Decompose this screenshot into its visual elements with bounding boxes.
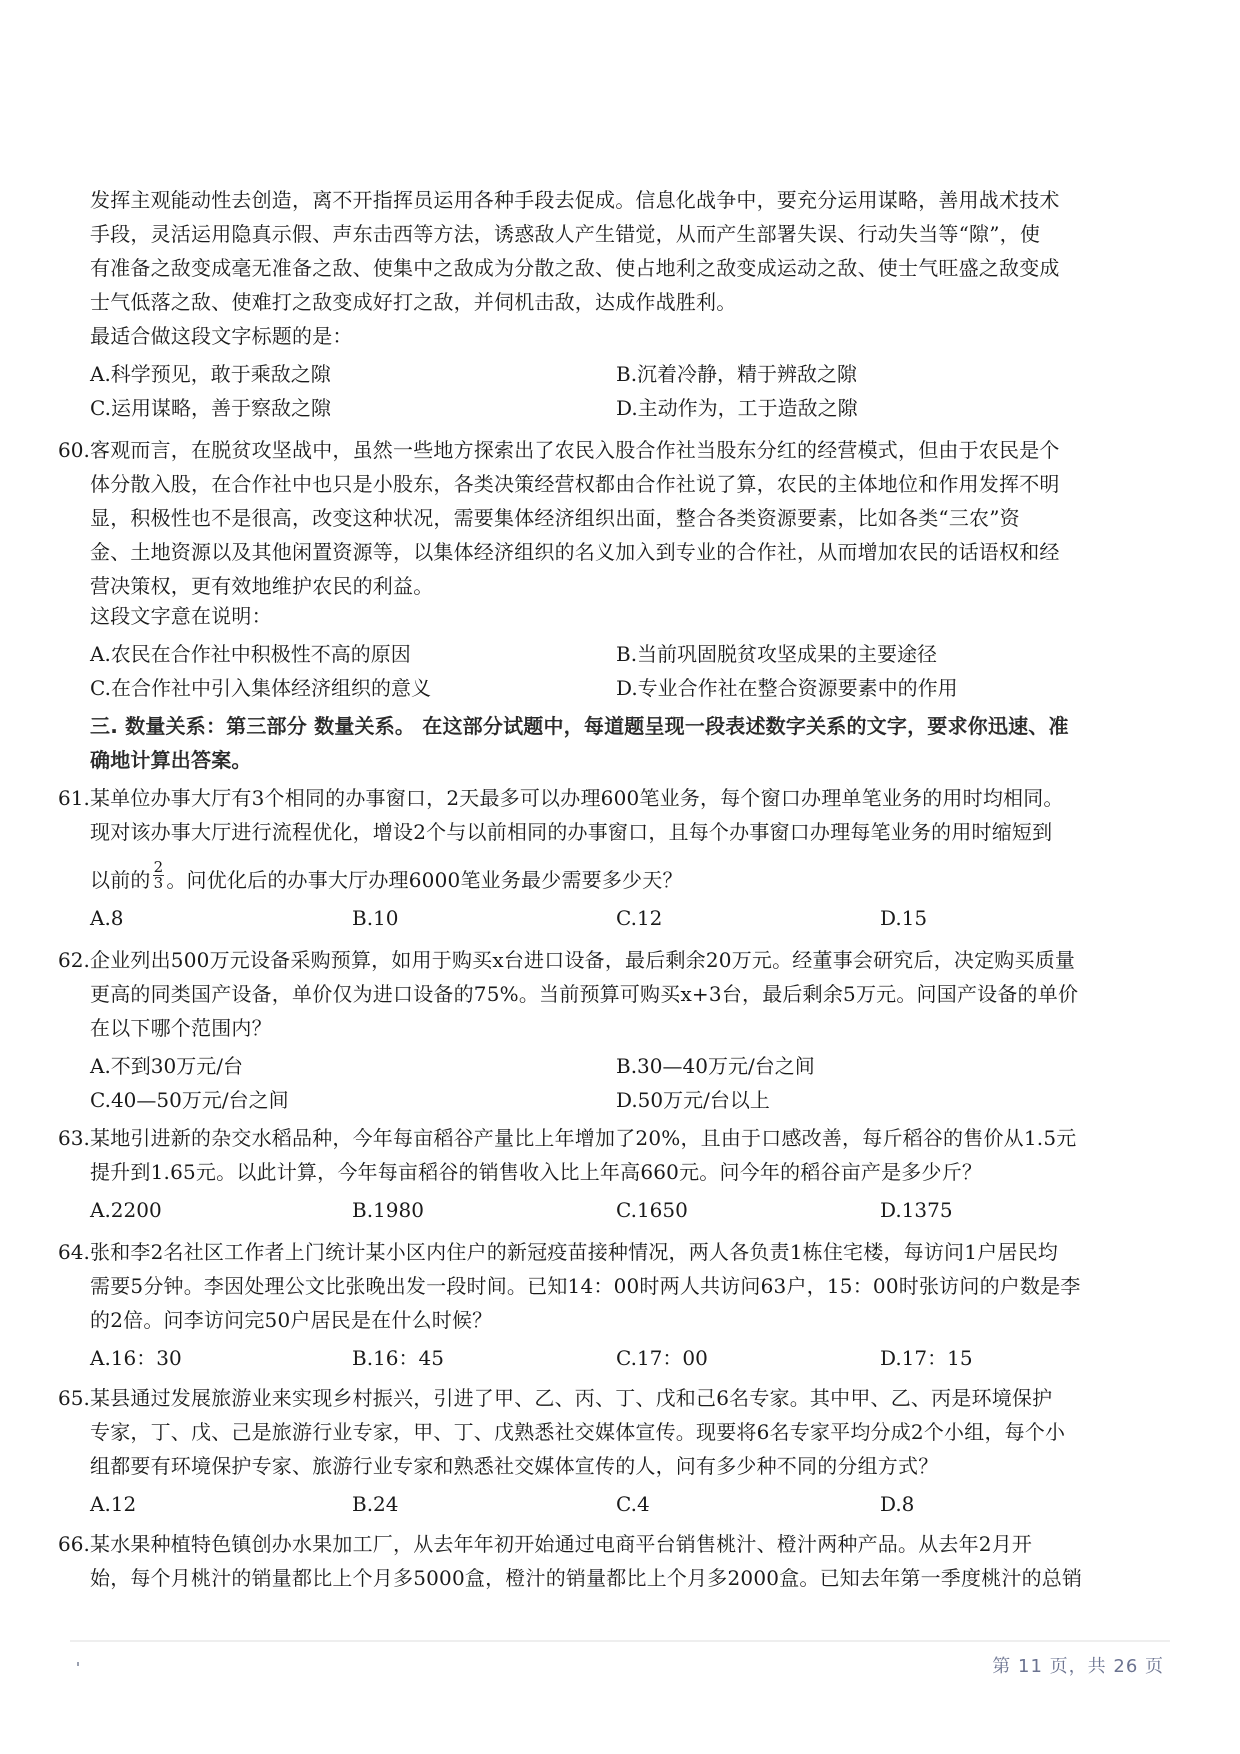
exam-page: 发挥主观能动性去创造，离不开指挥员运用各种手段去促成。信息化战争中，要充分运用谋… <box>0 0 1240 1754</box>
option-b: B.沉着冷静，精于辨敌之隙 <box>616 362 857 386</box>
option-d: D.8 <box>880 1492 914 1516</box>
question-line: 企业列出500万元设备采购预算，如用于购买x台进口设备，最后剩余20万元。经董事… <box>90 948 1075 972</box>
question-line: 在以下哪个范围内？ <box>90 1016 272 1040</box>
option-c: C.在合作社中引入集体经济组织的意义 <box>90 676 431 700</box>
question-line: 某地引进新的杂交水稻品种，今年每亩稻谷产量比上年增加了20%，且由于口感改善，每… <box>90 1126 1076 1150</box>
question-number: 65. <box>58 1386 90 1410</box>
option-d: D.17：15 <box>880 1346 973 1370</box>
passage-line: 营决策权，更有效地维护农民的利益。 <box>90 574 433 598</box>
page-indicator: 第 11 页，共 26 页 <box>992 1652 1164 1678</box>
question-line: 某单位办事大厅有3个相同的办事窗口，2天最多可以办理600笔业务，每个窗口办理单… <box>90 786 1064 810</box>
question-line: 组都要有环境保护专家、旅游行业专家和熟悉社交媒体宣传的人，问有多少种不同的分组方… <box>90 1454 938 1478</box>
fraction-denominator: 3 <box>153 876 165 891</box>
option-c: C.1650 <box>616 1198 688 1222</box>
passage-line: 体分散入股，在合作社中也只是小股东，各类决策经营权都由合作社说了算，农民的主体地… <box>90 472 1060 496</box>
question-line: 某县通过发展旅游业来实现乡村振兴，引进了甲、乙、丙、丁、戊和己6名专家。其中甲、… <box>90 1386 1052 1410</box>
option-a: A.科学预见，敢于乘敌之隙 <box>90 362 331 386</box>
section-title-line: 确地计算出答案。 <box>90 748 252 772</box>
question-prompt: 最适合做这段文字标题的是： <box>90 324 353 348</box>
option-d: D.主动作为，工于造敌之隙 <box>616 396 858 420</box>
option-d: D.50万元/台以上 <box>616 1088 770 1112</box>
option-a: A.12 <box>90 1492 136 1516</box>
option-c: C.17：00 <box>616 1346 708 1370</box>
question-number: 63. <box>58 1126 90 1150</box>
question-number: 61. <box>58 786 90 810</box>
question-prompt: 这段文字意在说明： <box>90 604 272 628</box>
section-title-line: 三. 数量关系：第三部分 数量关系。 在这部分试题中，每道题呈现一段表述数字关系… <box>90 714 1069 738</box>
question-number: 60. <box>58 438 90 462</box>
option-b: B.24 <box>352 1492 399 1516</box>
question-line: 以前的23。问优化后的办事大厅办理6000笔业务最少需要多少天？ <box>90 866 683 897</box>
question-line: 需要5分钟。李因处理公文比张晚出发一段时间。已知14：00时两人共访问63户，1… <box>90 1274 1081 1298</box>
footer-divider <box>70 1640 1170 1642</box>
option-b: B.16：45 <box>352 1346 444 1370</box>
option-a: A.8 <box>90 906 124 930</box>
passage-line: 显，积极性也不是很高，改变这种状况，需要集体经济组织出面，整合各类资源要素，比如… <box>90 506 1020 530</box>
option-c: C.4 <box>616 1492 650 1516</box>
option-a: A.不到30万元/台 <box>90 1054 243 1078</box>
passage-line: 手段，灵活运用隐真示假、声东击西等方法，诱惑敌人产生错觉，从而产生部署失误、行动… <box>90 222 1040 246</box>
passage-line: 金、土地资源以及其他闲置资源等，以集体经济组织的名义加入到专业的合作社，从而增加… <box>90 540 1060 564</box>
question-text: 以前的 <box>90 868 151 892</box>
footer-mark <box>77 1662 79 1666</box>
passage-line: 客观而言，在脱贫攻坚战中，虽然一些地方探索出了农民入股合作社当股东分红的经营模式… <box>90 438 1060 462</box>
question-line: 更高的同类国产设备，单价仅为进口设备的75%。当前预算可购买x+3台，最后剩余5… <box>90 982 1078 1006</box>
option-c: C.运用谋略，善于察敌之隙 <box>90 396 331 420</box>
question-line: 专家，丁、戊、己是旅游行业专家，甲、丁、戊熟悉社交媒体宣传。现要将6名专家平均分… <box>90 1420 1065 1444</box>
option-d: D.1375 <box>880 1198 953 1222</box>
question-number: 62. <box>58 948 90 972</box>
question-line: 张和李2名社区工作者上门统计某小区内住户的新冠疫苗接种情况，两人各负责1栋住宅楼… <box>90 1240 1058 1264</box>
option-b: B.10 <box>352 906 399 930</box>
option-c: C.40—50万元/台之间 <box>90 1088 289 1112</box>
option-b: B.30—40万元/台之间 <box>616 1054 815 1078</box>
question-number: 64. <box>58 1240 90 1264</box>
option-d: D.专业合作社在整合资源要素中的作用 <box>616 676 958 700</box>
option-b: B.当前巩固脱贫攻坚成果的主要途径 <box>616 642 937 666</box>
option-a: A.2200 <box>90 1198 162 1222</box>
question-line: 的2倍。问李访问完50户居民是在什么时候？ <box>90 1308 492 1332</box>
option-d: D.15 <box>880 906 927 930</box>
passage-line: 发挥主观能动性去创造，离不开指挥员运用各种手段去促成。信息化战争中，要充分运用谋… <box>90 188 1060 212</box>
option-a: A.16：30 <box>90 1346 182 1370</box>
option-a: A.农民在合作社中积极性不高的原因 <box>90 642 411 666</box>
option-c: C.12 <box>616 906 662 930</box>
question-line: 某水果种植特色镇创办水果加工厂，从去年年初开始通过电商平台销售桃汁、橙汁两种产品… <box>90 1532 1032 1556</box>
passage-line: 有准备之敌变成毫无准备之敌、使集中之敌成为分散之敌、使占地利之敌变成运动之敌、使… <box>90 256 1060 280</box>
question-line: 现对该办事大厅进行流程优化，增设2个与以前相同的办事窗口，且每个办事窗口办理每笔… <box>90 820 1052 844</box>
question-line: 提升到1.65元。以此计算，今年每亩稻谷的销售收入比上年高660元。问今年的稻谷… <box>90 1160 982 1184</box>
passage-line: 士气低落之敌、使难打之敌变成好打之敌，并伺机击敌，达成作战胜利。 <box>90 290 736 314</box>
question-number: 66. <box>58 1532 90 1556</box>
fraction: 23 <box>153 860 165 891</box>
question-text: 。问优化后的办事大厅办理6000笔业务最少需要多少天？ <box>166 868 682 892</box>
option-b: B.1980 <box>352 1198 424 1222</box>
question-line: 始，每个月桃汁的销量都比上个月多5000盒，橙汁的销量都比上个月多2000盒。已… <box>90 1566 1082 1590</box>
